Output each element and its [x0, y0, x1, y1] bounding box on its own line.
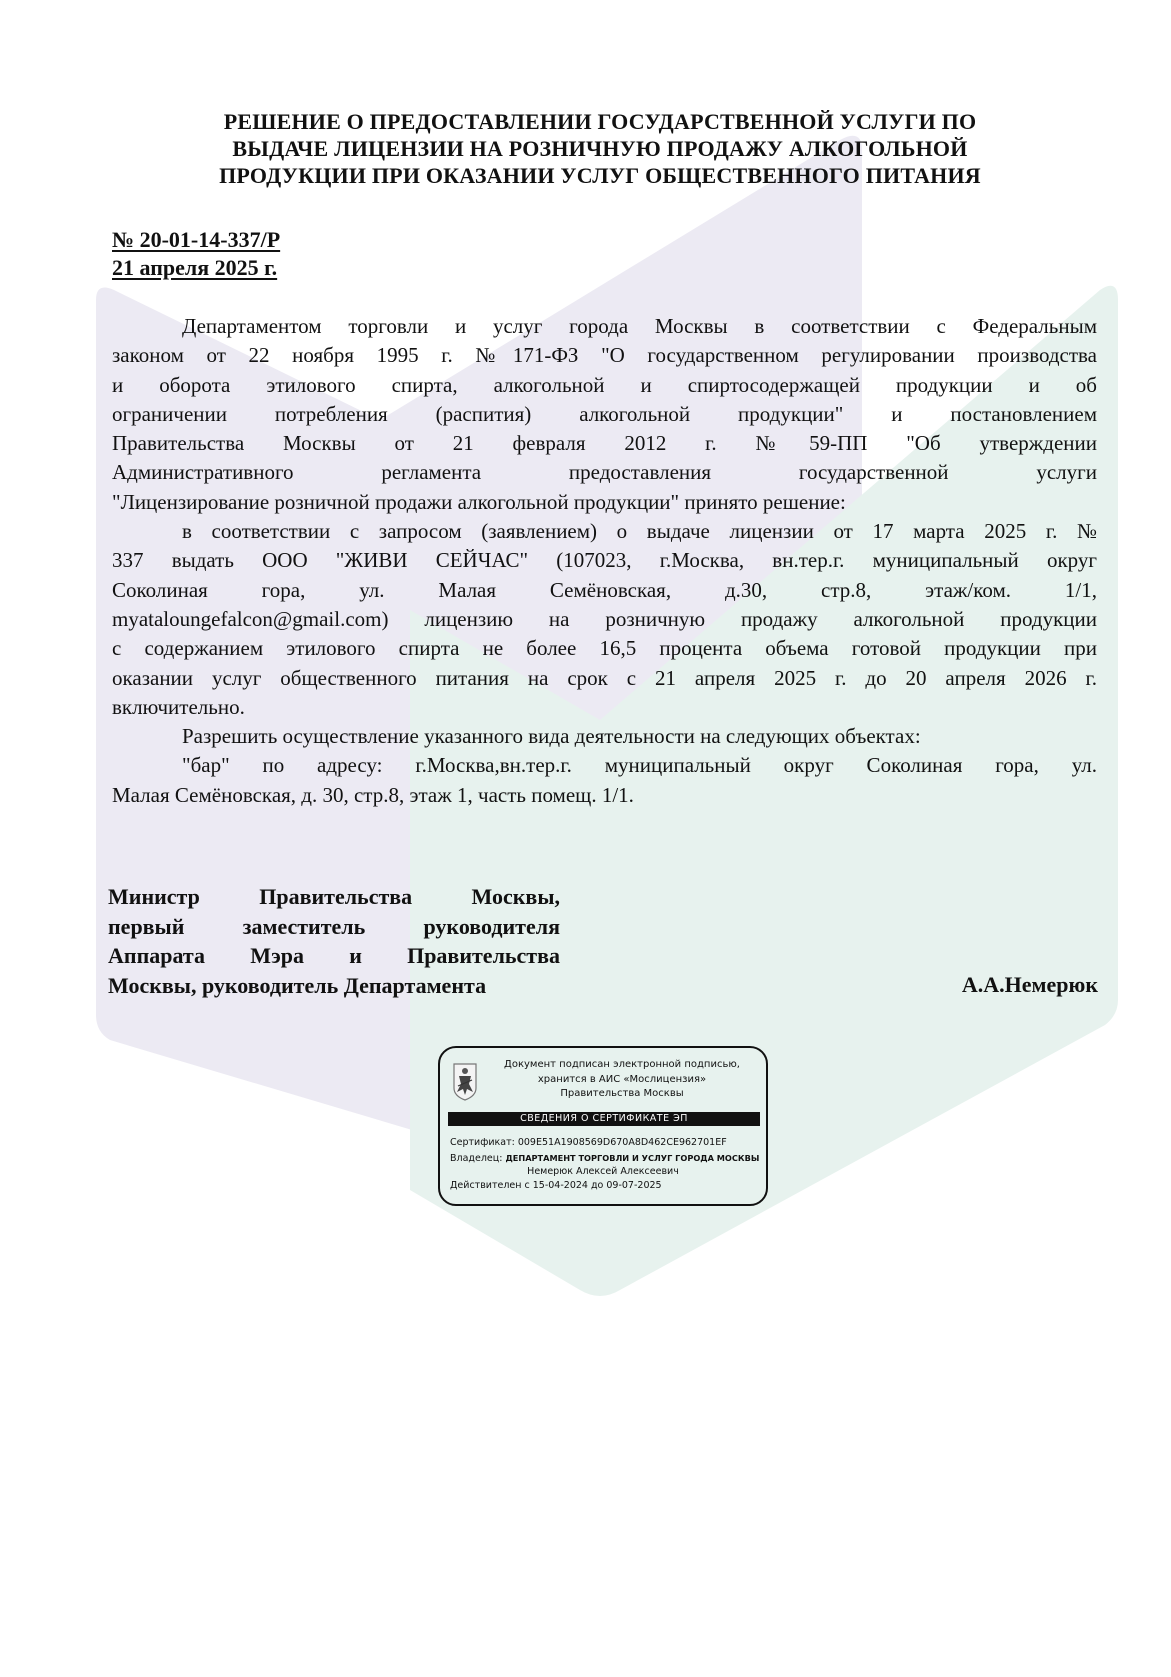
- body-line: законом от 22 ноября 1995 г. №171-ФЗ "О …: [112, 341, 1097, 370]
- document-number: № 20-01-14-337/Р: [112, 226, 280, 254]
- title-line: ПРОДУКЦИИ ПРИ ОКАЗАНИИ УСЛУГ ОБЩЕСТВЕННО…: [150, 162, 1050, 189]
- electronic-signature-stamp: Документ подписан электронной подписью, …: [438, 1046, 768, 1206]
- body-line: включительно.: [112, 693, 1097, 722]
- stamp-header: Документ подписан электронной подписью, …: [484, 1058, 760, 1102]
- body-line: "бар" по адресу: г.Москва,вн.тер.г. муни…: [112, 751, 1097, 780]
- body-line: ограничении потребления (распития) алког…: [112, 400, 1097, 429]
- document-title: РЕШЕНИЕ О ПРЕДОСТАВЛЕНИИ ГОСУДАРСТВЕННОЙ…: [150, 108, 1050, 189]
- stamp-owner: Владелец: ДЕПАРТАМЕНТ ТОРГОВЛИ И УСЛУГ Г…: [450, 1151, 759, 1166]
- body-line: Административного регламента предоставле…: [112, 458, 1097, 487]
- body-line: оказании услуг общественного питания на …: [112, 664, 1097, 693]
- body-line: и оборота этилового спирта, алкогольной …: [112, 371, 1097, 400]
- body-line: Правительства Москвы от 21 февраля 2012 …: [112, 429, 1097, 458]
- owner-organization: ДЕПАРТАМЕНТ ТОРГОВЛИ И УСЛУГ ГОРОДА МОСК…: [505, 1153, 759, 1163]
- body-line: 337 выдать ООО "ЖИВИ СЕЙЧАС" (107023, г.…: [112, 546, 1097, 575]
- stamp-header-line: Правительства Москвы: [484, 1087, 760, 1102]
- stamp-header-line: Документ подписан электронной подписью,: [484, 1058, 760, 1073]
- body-line: myataloungefalcon@gmail.com) лицензию на…: [112, 605, 1097, 634]
- signatory-name: А.А.Немерюк: [880, 970, 1098, 1000]
- certificate-value: 009E51A1908569D670A8D462CE962701EF: [518, 1137, 727, 1148]
- signatory-position-line: Аппарата Мэра и Правительства: [108, 941, 560, 971]
- title-line: РЕШЕНИЕ О ПРЕДОСТАВЛЕНИИ ГОСУДАРСТВЕННОЙ…: [150, 108, 1050, 135]
- stamp-owner-name: Немерюк Алексей Алексеевич: [440, 1165, 766, 1179]
- stamp-certificate-bar: СВЕДЕНИЯ О СЕРТИФИКАТЕ ЭП: [448, 1112, 760, 1126]
- signatory-position-line: первый заместитель руководителя: [108, 912, 560, 942]
- title-line: ВЫДАЧЕ ЛИЦЕНЗИИ НА РОЗНИЧНУЮ ПРОДАЖУ АЛК…: [150, 135, 1050, 162]
- body-line: Малая Семёновская, д. 30, стр.8, этаж 1,…: [112, 781, 1097, 810]
- stamp-validity: Действителен с 15-04-2024 до 09-07-2025: [450, 1179, 662, 1193]
- body-line: в соответствии с запросом (заявлением) о…: [112, 517, 1097, 546]
- document-date: 21 апреля 2025 г.: [112, 254, 280, 282]
- stamp-header-line: хранится в АИС «Мослицензия»: [484, 1073, 760, 1088]
- signatory-position-line: Москвы, руководитель Департамента: [108, 971, 560, 1001]
- owner-label: Владелец:: [450, 1153, 502, 1164]
- moscow-coat-of-arms-icon: [452, 1062, 478, 1102]
- signatory-position: Министр Правительства Москвы, первый зам…: [108, 882, 560, 1000]
- body-line: с содержанием этилового спирта не более …: [112, 634, 1097, 663]
- signatory-position-line: Министр Правительства Москвы,: [108, 882, 560, 912]
- body-line: Соколиная гора, ул. Малая Семёновская, д…: [112, 576, 1097, 605]
- document-page: РЕШЕНИЕ О ПРЕДОСТАВЛЕНИИ ГОСУДАРСТВЕННОЙ…: [0, 0, 1171, 1677]
- stamp-certificate: Сертификат: 009E51A1908569D670A8D462CE96…: [450, 1136, 727, 1150]
- body-line: Департаментом торговли и услуг города Мо…: [112, 312, 1097, 341]
- body-line: "Лицензирование розничной продажи алкого…: [112, 488, 1097, 517]
- certificate-label: Сертификат:: [450, 1137, 515, 1148]
- document-meta: № 20-01-14-337/Р 21 апреля 2025 г.: [112, 226, 280, 282]
- document-body: Департаментом торговли и услуг города Мо…: [112, 312, 1097, 810]
- body-line: Разрешить осуществление указанного вида …: [112, 722, 1097, 751]
